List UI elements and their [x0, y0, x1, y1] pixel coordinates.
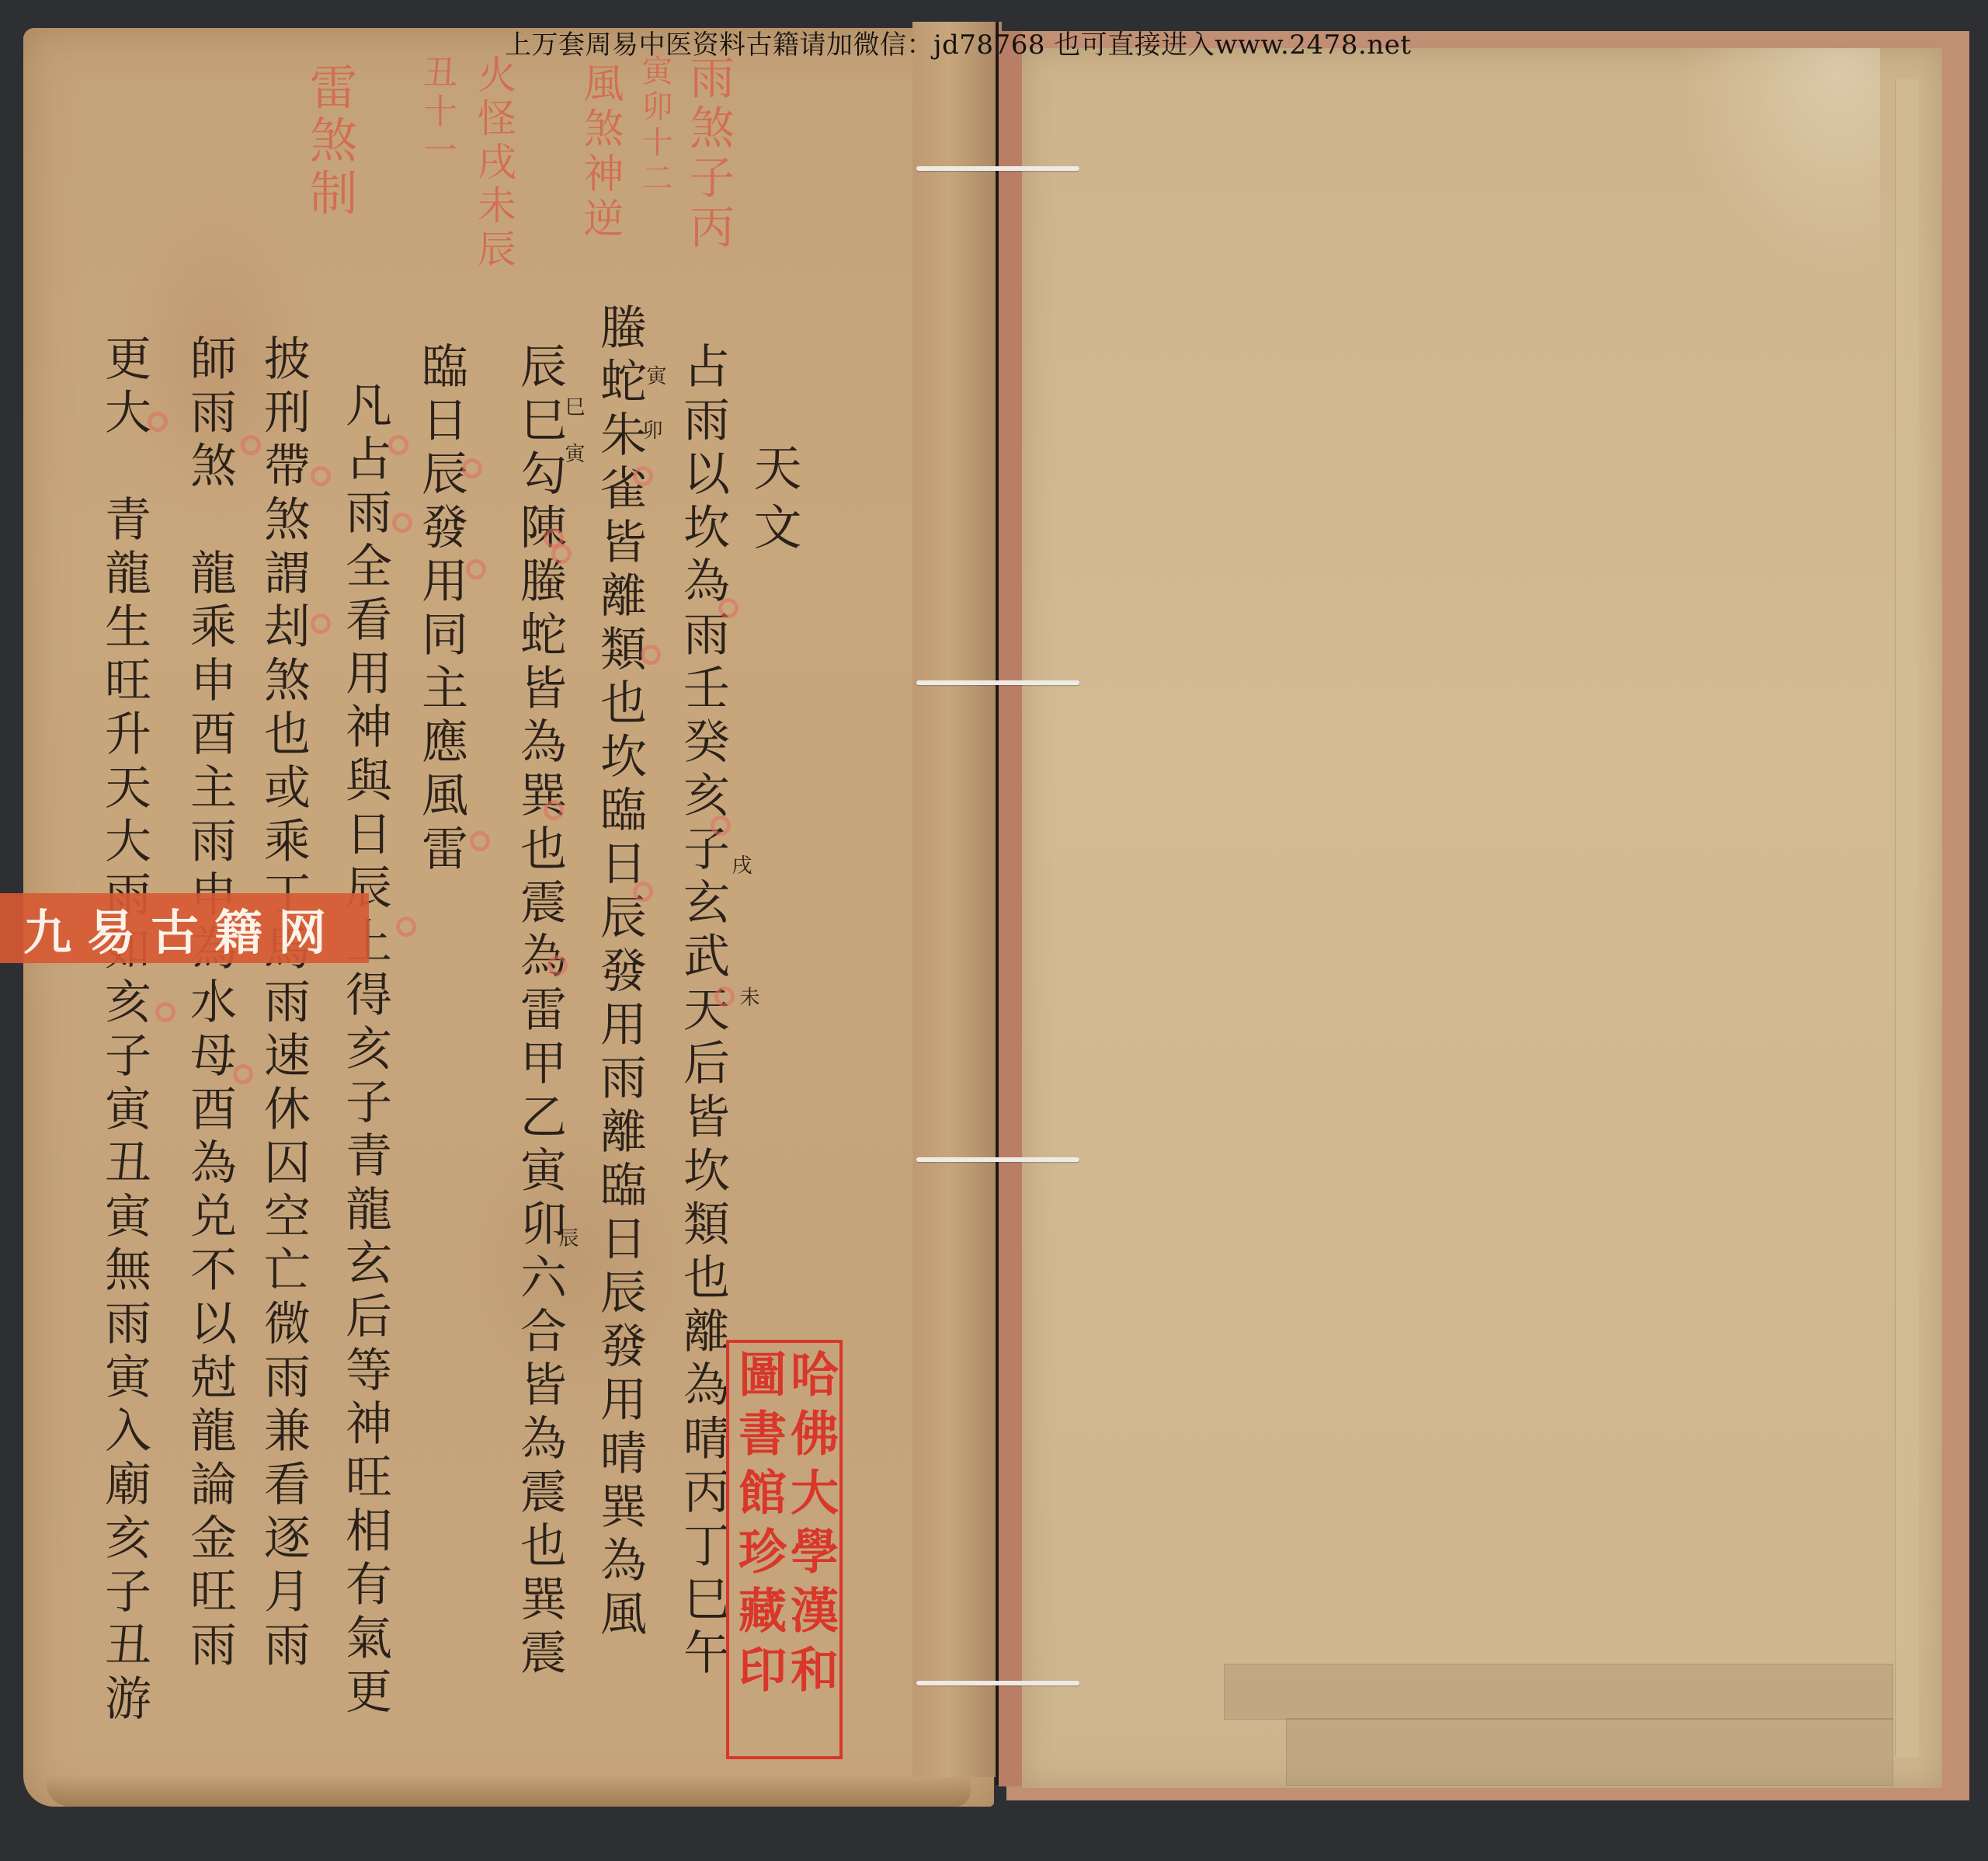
- site-logo-banner: 九易古籍网: [0, 893, 369, 963]
- site-logo-text: 九易古籍网: [23, 894, 342, 963]
- red-punctuation-mark: [396, 917, 416, 937]
- interlinear-note: 戌: [726, 854, 755, 875]
- red-marginal-note: 風煞神逆: [571, 62, 629, 242]
- paper-stain: [1678, 48, 1880, 281]
- red-punctuation-mark: [544, 800, 564, 820]
- paper-repair-patch: [1286, 1718, 1893, 1786]
- seal-text-right: 哈佛大學漢和: [787, 1349, 835, 1750]
- red-punctuation-mark: [633, 466, 653, 486]
- text-column-6: 披刑帶煞謂刦煞也或乘丁馬雨速休囚空亡微雨兼看逐月雨: [260, 334, 307, 1674]
- library-seal: 哈佛大學漢和 圖書館珍藏印: [726, 1340, 843, 1759]
- interlinear-note: 寅: [559, 443, 588, 463]
- page-fold: [1895, 79, 1919, 1757]
- red-punctuation-mark: [641, 645, 661, 665]
- binding-thread: [916, 680, 1079, 685]
- red-punctuation-mark: [311, 614, 331, 634]
- red-punctuation-mark: [311, 466, 331, 486]
- text-column-1: 占雨以坎為雨壬癸亥子玄武天后皆坎類也離為晴丙丁巳午: [679, 342, 726, 1682]
- binding-thread: [916, 1681, 1079, 1685]
- text-column-7: 師雨煞 龍乘申酉主雨申為水母酉為兑不以尅龍論金旺雨: [186, 334, 233, 1674]
- book-spread: 雨煞子丙 寅卯十二 風煞神逆 火怪戌未辰 丑十一 雷煞制 天文 占雨以坎為雨壬癸…: [0, 0, 1988, 1861]
- red-punctuation-mark: [148, 412, 168, 432]
- right-page-blank: [1022, 48, 1942, 1788]
- red-punctuation-mark: [388, 435, 408, 455]
- interlinear-note: 辰: [553, 1227, 582, 1247]
- watermark-text: 上万套周易中医资料古籍请加微信：jd78768 也可直接进入www.2478.n…: [505, 23, 1411, 61]
- text-column-8: 更大 青龍生旺升天大雨如亥子寅丑寅無雨寅入廟亥子丑游: [101, 334, 148, 1727]
- binding-thread: [916, 166, 1079, 171]
- red-punctuation-mark: [547, 955, 568, 976]
- red-punctuation-mark: [466, 559, 486, 579]
- interlinear-note: 寅: [641, 365, 669, 385]
- text-column-4: 臨日辰發用同主應風雷: [418, 342, 464, 878]
- binding-thread: [916, 1157, 1079, 1162]
- red-punctuation-mark: [462, 458, 482, 478]
- paper-repair-patch: [1224, 1664, 1893, 1720]
- interlinear-note: 卯: [637, 419, 666, 440]
- text-column-5: 凡占雨全看用神與日辰上得亥子青龍玄后等神旺相有氣更: [342, 381, 388, 1720]
- section-title: 天文: [749, 443, 798, 561]
- red-punctuation-mark: [233, 1064, 253, 1084]
- red-punctuation-mark: [392, 513, 412, 533]
- red-marginal-note: 寅卯十二: [633, 54, 677, 197]
- red-punctuation-mark: [714, 986, 735, 1007]
- spine-band: [999, 31, 1022, 1786]
- red-marginal-note: 雷煞制: [295, 62, 364, 221]
- text-column-2: 螣蛇朱雀皆離類也坎臨日辰發用雨離臨日辰發用晴巽為風: [596, 303, 643, 1643]
- interlinear-note: 未: [734, 986, 763, 1007]
- book-spine: [912, 22, 1002, 1777]
- page-edge: [47, 1776, 971, 1807]
- red-marginal-note: 丑十一: [412, 54, 461, 171]
- red-marginal-note: 火怪戌未辰: [466, 54, 522, 272]
- red-punctuation-mark: [711, 816, 731, 836]
- paper-stain: [458, 1115, 691, 1411]
- red-punctuation-mark: [551, 544, 572, 564]
- seal-text-left: 圖書館珍藏印: [735, 1349, 783, 1750]
- gutter: [996, 22, 999, 1785]
- red-punctuation-mark: [633, 882, 653, 902]
- red-marginal-note: 雨煞子丙: [676, 54, 741, 253]
- red-punctuation-mark: [241, 435, 261, 455]
- interlinear-note: 巳: [559, 396, 588, 416]
- red-punctuation-mark: [718, 598, 739, 618]
- red-punctuation-mark: [155, 1002, 176, 1022]
- red-punctuation-mark: [470, 831, 490, 851]
